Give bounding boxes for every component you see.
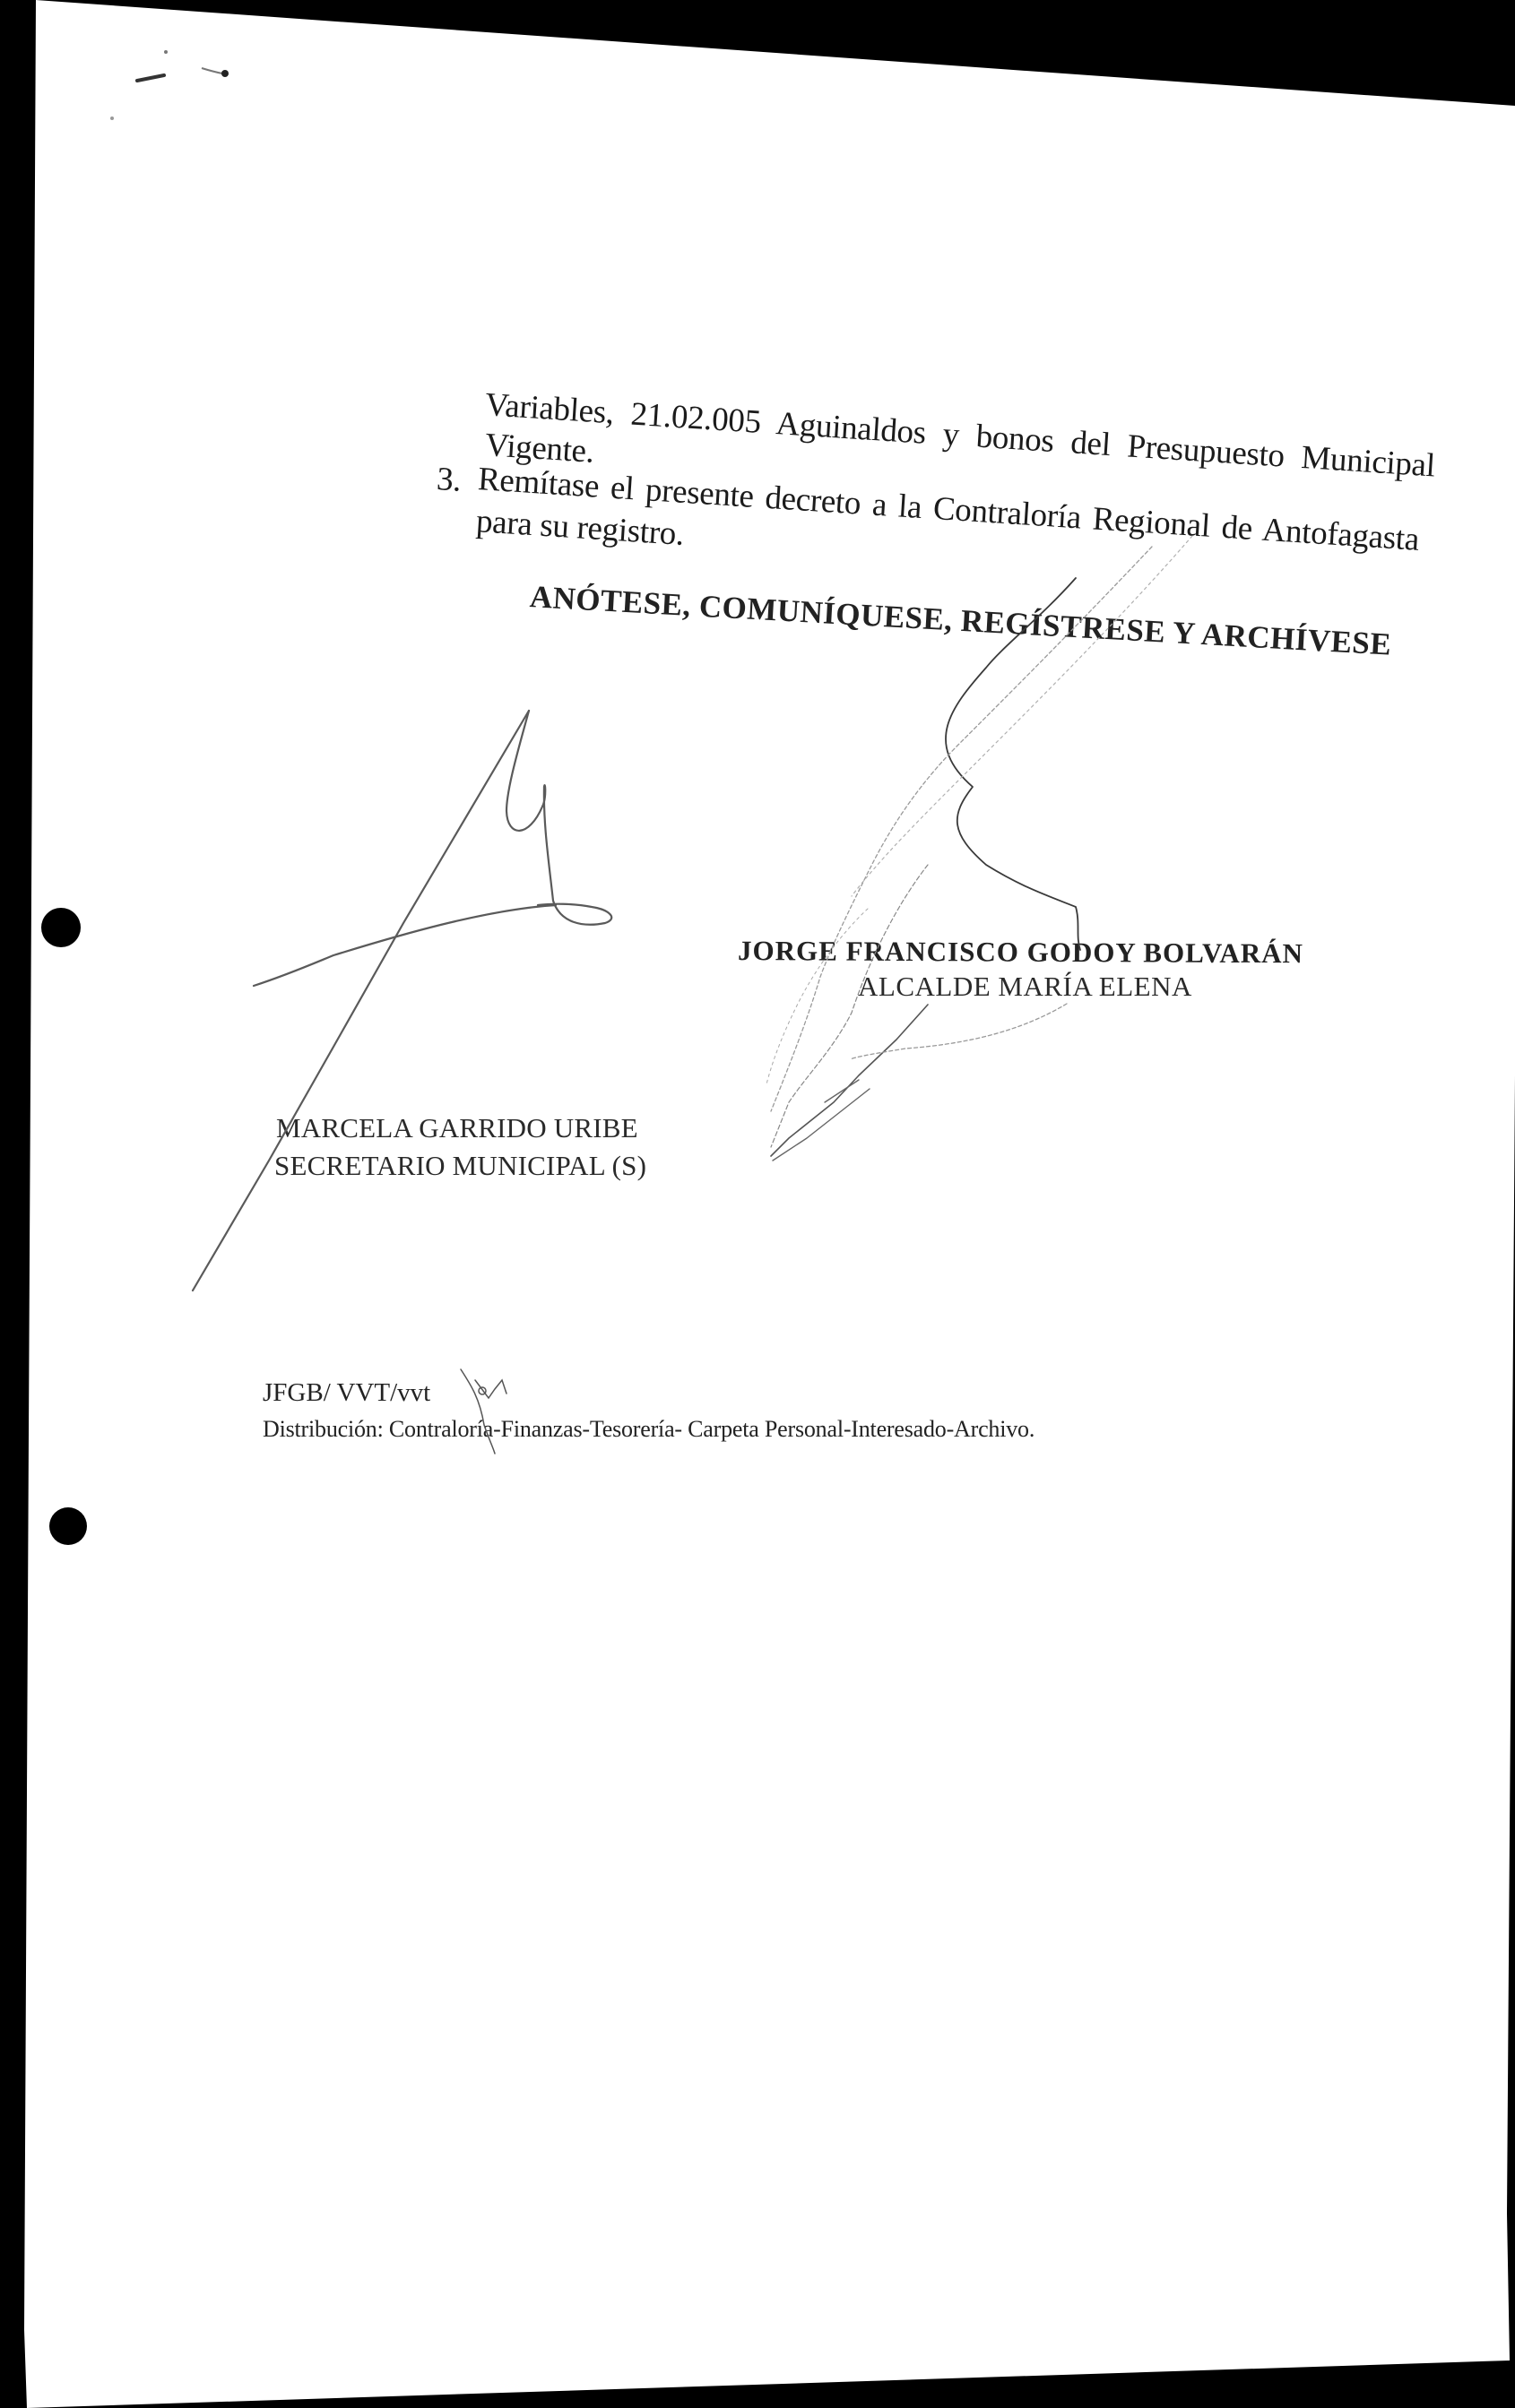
- punch-hole: [49, 1507, 87, 1545]
- scanned-document-page: Variables, 21.02.005 Aguinaldos y bonos …: [0, 0, 1515, 2408]
- distribution-list: Distribución: Contraloría-Finanzas-Tesor…: [263, 1418, 1035, 1441]
- secretary-name: MARCELA GARRIDO URIBE: [276, 1114, 638, 1142]
- paper-sheet: [0, 0, 1515, 2408]
- secretary-title: SECRETARIO MUNICIPAL (S): [274, 1152, 646, 1179]
- punch-hole: [41, 908, 81, 947]
- mayor-title: ALCALDE MARÍA ELENA: [858, 972, 1192, 1000]
- reference-initials: JFGB/ VVT/vvt: [263, 1380, 430, 1406]
- list-item-number: 3.: [436, 462, 462, 497]
- mayor-name: JORGE FRANCISCO GODOY BOLVARÁN: [738, 936, 1303, 967]
